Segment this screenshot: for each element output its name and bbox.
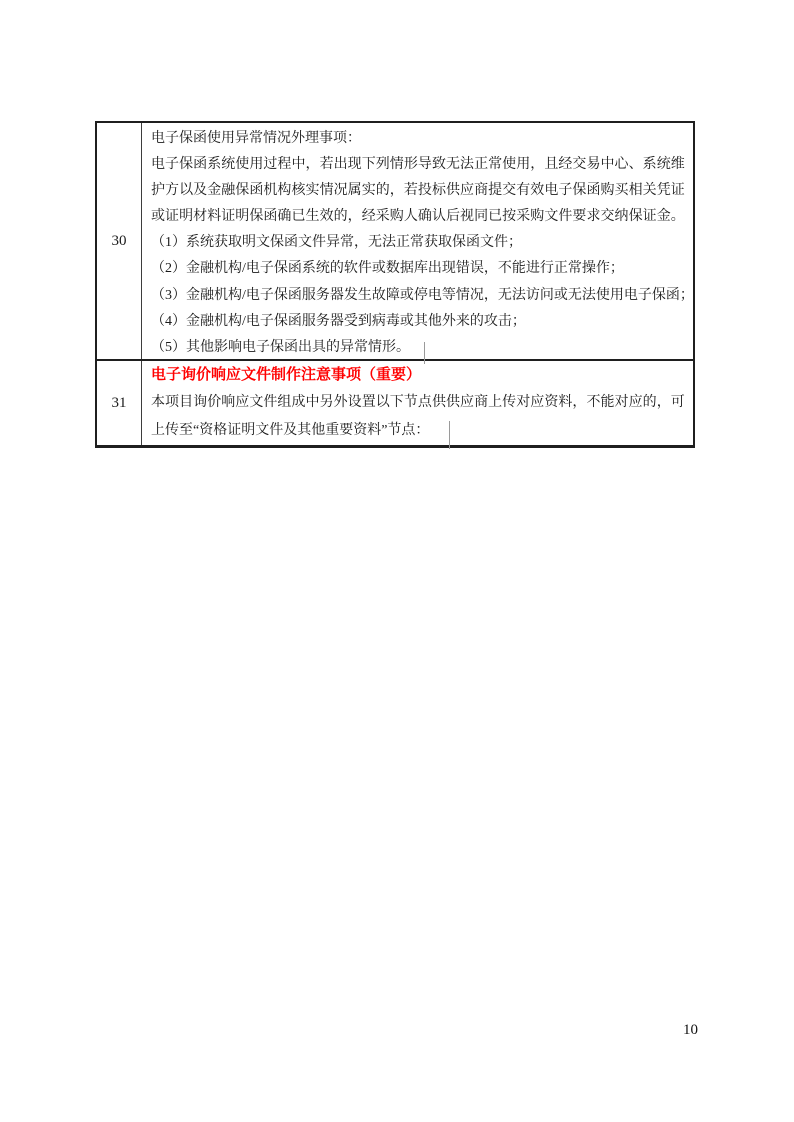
notice-table: 30 电子保函使用异常情况外理事项：电子保函系统使用过程中，若出现下列情形导致无…	[95, 121, 695, 448]
row-number-cell: 30	[97, 123, 142, 359]
text-line: 护方以及金融保函机构核实情况属实的，若投标供应商提交有效电子保函购买相关凭证	[151, 178, 685, 204]
text-line: （5）其他影响电子保函出具的异常情形。	[151, 335, 685, 359]
row-number: 30	[112, 233, 127, 250]
text-line: （4）金融机构/电子保函服务器受到病毒或其他外来的攻击；	[151, 309, 685, 335]
row-content-cell: 电子保函使用异常情况外理事项：电子保函系统使用过程中，若出现下列情形导致无法正常…	[142, 123, 693, 359]
text-line: 上传至“资格证明文件及其他重要资料”节点：	[151, 417, 685, 445]
text-line: （3）金融机构/电子保函服务器发生故障或停电等情况，无法访问或无法使用电子保函；	[151, 283, 685, 309]
cell-border-fragment	[424, 342, 425, 364]
text-line: 本项目询价响应文件组成中另外设置以下节点供供应商上传对应资料，不能对应的，可	[151, 389, 685, 417]
text-line: 电子保函使用异常情况外理事项：	[151, 126, 685, 152]
page-number: 10	[683, 1022, 698, 1039]
row-number-cell: 31	[97, 361, 142, 445]
text-line: 或证明材料证明保函确已生效的，经采购人确认后视同已按采购文件要求交纳保证金。	[151, 204, 685, 230]
text-line: 电子保函系统使用过程中，若出现下列情形导致无法正常使用，且经交易中心、系统维	[151, 152, 685, 178]
row-content-cell: 电子询价响应文件制作注意事项（重要）本项目询价响应文件组成中另外设置以下节点供供…	[142, 361, 693, 445]
cell-border-fragment	[449, 421, 450, 449]
text-line: （1）系统获取明文保函文件异常，无法正常获取保函文件；	[151, 230, 685, 256]
text-line: 电子询价响应文件制作注意事项（重要）	[151, 361, 685, 389]
table-row-31: 31 电子询价响应文件制作注意事项（重要）本项目询价响应文件组成中另外设置以下节…	[97, 361, 693, 445]
row-number: 31	[112, 395, 127, 412]
table-row-30: 30 电子保函使用异常情况外理事项：电子保函系统使用过程中，若出现下列情形导致无…	[97, 123, 693, 361]
text-line: （2）金融机构/电子保函系统的软件或数据库出现错误，不能进行正常操作；	[151, 256, 685, 282]
